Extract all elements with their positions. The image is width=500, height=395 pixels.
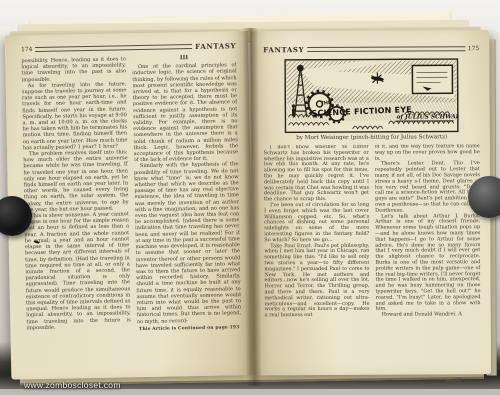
article-paragraph: There's Lester Dent. Tho I've repeatedly… (375, 162, 480, 215)
article-paragraph: The problem resolves itself into this: h… (23, 149, 129, 213)
cartoon-title-the: THE (320, 100, 332, 107)
onlooker-figure (292, 104, 296, 116)
continued-note: This Article is Continued on page 193 (137, 325, 242, 333)
watermark-text: www.zomboscloset.com (24, 380, 121, 390)
article-paragraph: Let's talk about Arthur J. Burks. Arthur… (375, 214, 481, 313)
article-paragraph: I've been out of circulation for so long… (264, 203, 369, 244)
screen-panel (412, 65, 452, 93)
article-paragraph: As for traveling into the future, suppos… (22, 81, 128, 151)
right-column-1: I don't know whether Ye Editor Schwartz … (264, 145, 370, 348)
right-column-2: of it, and the way they feature his name… (375, 144, 481, 347)
header-rule (307, 46, 465, 52)
left-column-1: possibility. Hence, leading as it does t… (21, 56, 131, 360)
article-paragraph: of it, and the way they feature his name… (375, 144, 480, 162)
left-running-head: 174 FANTASY (21, 41, 236, 54)
header-rule (35, 44, 192, 52)
article-paragraph: Howard and Donald Wandrei. A (376, 312, 481, 318)
byline: by Mort Weisinger (pinch-hitting for Jul… (264, 134, 480, 141)
left-page: 174 FANTASY possibility. Hence, leading … (5, 31, 255, 380)
cartoon-title-credit: of JULIUS SCHWARTZ (397, 114, 459, 120)
cartoon-illustration-svg: THE SCIENCE FICTION EYE of JULIUS SCHWAR… (284, 58, 458, 133)
section-heading: III (132, 54, 237, 62)
article-paragraph: Similarly with the hypothesis of the pos… (134, 162, 242, 325)
right-running-head: FANTASY 175 (263, 44, 479, 54)
science-fiction-eye-cartoon: THE SCIENCE FICTION EYE of JULIUS SCHWAR… (284, 58, 458, 133)
right-running-title: FANTASY (263, 45, 304, 54)
article-paragraph: One of the cardinal principles of induct… (132, 62, 238, 163)
right-page: FANTASY 175 (250, 30, 491, 375)
left-page-number: 174 (21, 46, 33, 53)
right-page-number: 175 (468, 45, 479, 52)
article-paragraph: possibility. Hence, leading as it does t… (21, 56, 126, 83)
photo-of-open-magazine: 174 FANTASY possibility. Hence, leading … (0, 0, 500, 395)
article-paragraph: I don't know whether Ye Editor Schwartz … (264, 145, 369, 204)
article-paragraph: This is sheer nonsense. A year cannot el… (24, 211, 131, 331)
left-running-title: FANTASY (195, 41, 236, 51)
magazine-spread: 174 FANTASY possibility. Hence, leading … (4, 11, 494, 382)
article-paragraph: Take Paul Ernst. Paul's pet philosophy, … (264, 243, 369, 319)
left-column-2: III One of the cardinal principles of in… (132, 54, 242, 358)
